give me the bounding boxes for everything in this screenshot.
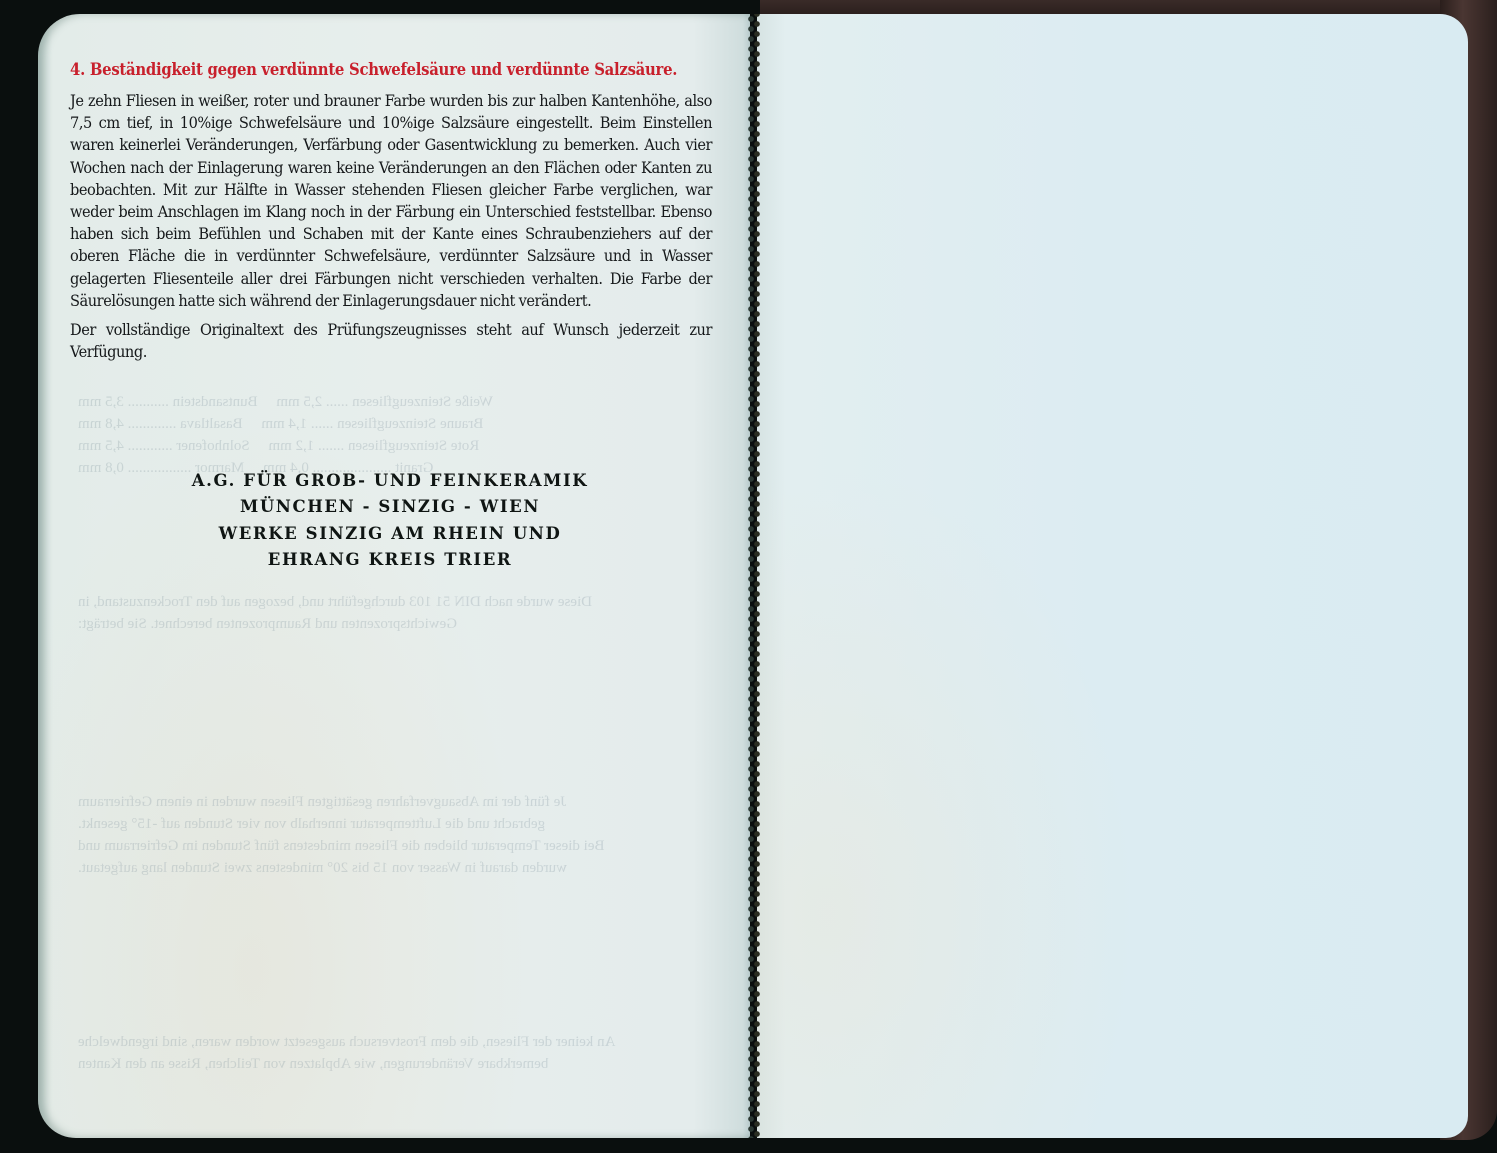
bleed-through-text: bemerkbare Veränderungen, wie Abplatzen … — [78, 1056, 548, 1073]
imprint-line: MÜNCHEN - SINZIG - WIEN — [160, 494, 620, 520]
body-paragraph: Der vollständige Originaltext des Prüfun… — [70, 319, 712, 363]
bleed-through-text: Bei dieser Temperatur blieben die Fliese… — [78, 838, 604, 855]
bleed-through-text: gebracht und die Lufttemperatur innerhal… — [78, 816, 545, 833]
bleed-through-text: Rote Steinzeugfliesen ....... 1,2 mm Sol… — [78, 438, 479, 455]
bleed-through-text: Diese wurde nach DIN 51 103 durchgeführt… — [78, 594, 592, 611]
imprint-line: EHRANG KREIS TRIER — [160, 547, 620, 573]
book-scan: Weiße Steinzeugfliesen ...... 2,5 mm Bun… — [0, 0, 1497, 1153]
body-paragraph: Je zehn Fliesen in weißer, roter und bra… — [70, 90, 712, 312]
section-heading: 4. Beständigkeit gegen verdünnte Schwefe… — [70, 60, 648, 79]
bleed-through-text: An keiner der Fliesen, die dem Frostvers… — [78, 1034, 615, 1051]
binding-stitches-right — [754, 14, 766, 1138]
right-page-blank — [757, 14, 1468, 1138]
imprint-line: A.G. FÜR GROB- UND FEINKERAMIK — [160, 468, 620, 494]
bleed-through-text: Je fünf der im Absaugverfahren gesättigt… — [78, 794, 566, 811]
bleed-through-text: wurden darauf in Wasser von 15 bis 20° m… — [78, 860, 567, 877]
imprint-line: WERKE SINZIG AM RHEIN UND — [160, 521, 620, 547]
left-page-content: 4. Beständigkeit gegen verdünnte Schwefe… — [70, 60, 712, 370]
bleed-through-text: Braune Steinzeugfliesen ...... 1,4 mm Ba… — [78, 416, 483, 433]
company-imprint: A.G. FÜR GROB- UND FEINKERAMIK MÜNCHEN -… — [160, 468, 620, 573]
bleed-through-text: Gewichtsprozenten und Raumprozenten bere… — [78, 616, 457, 633]
bleed-through-text: Weiße Steinzeugfliesen ...... 2,5 mm Bun… — [78, 394, 493, 411]
